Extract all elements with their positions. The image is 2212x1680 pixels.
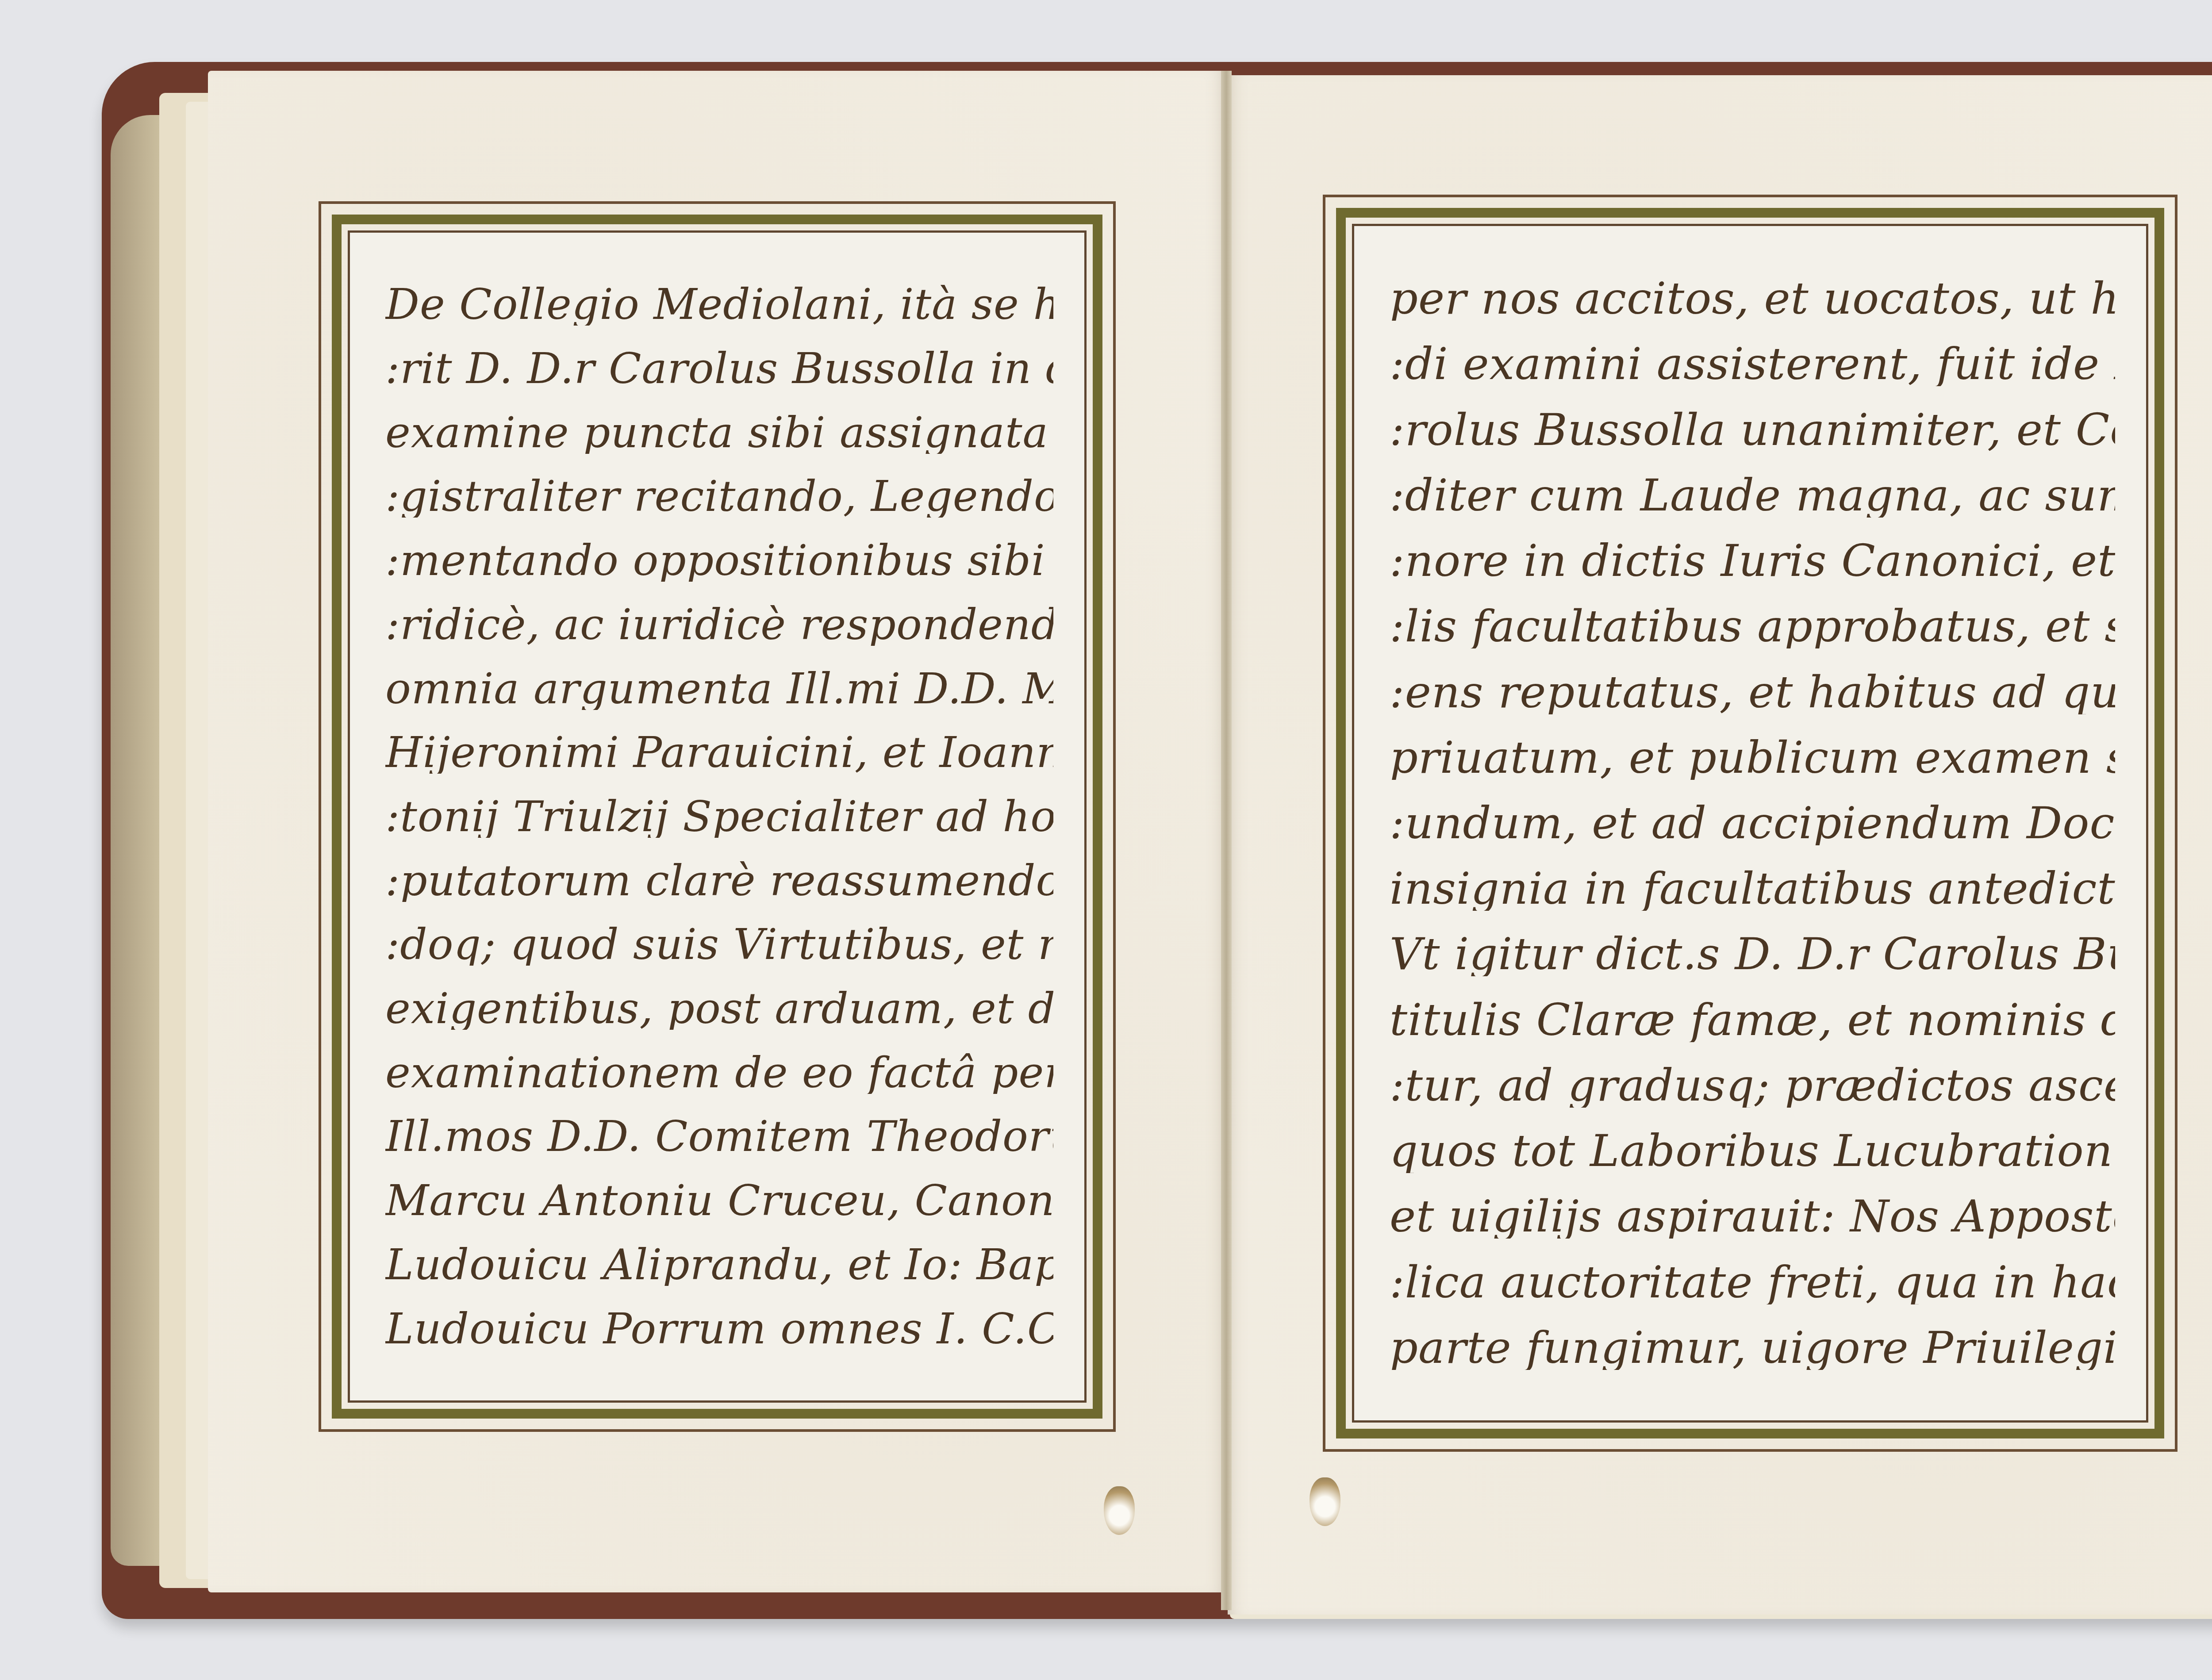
manuscript-line: insignia in facultatibus antedictis.	[1390, 867, 2115, 911]
manuscript-line: et uigilijs aspirauit: Nos Apposto:	[1390, 1194, 2115, 1239]
manuscript-line: per nos accitos, et uocatos, ut huiusmo:	[1390, 276, 2115, 321]
manuscript-line: Marcu Antoniu Cruceu, Canonicum	[385, 1179, 1053, 1222]
manuscript-line: Ill.mos D.D. Comitem Theodoru Terzagu,	[385, 1115, 1053, 1158]
worm-hole-right	[1310, 1477, 1340, 1526]
manuscript-line: quos tot Laboribus Lucubrationibus	[1390, 1129, 2115, 1173]
manuscript-line: :undum, et ad accipiendum Doctoratus	[1390, 801, 2115, 845]
right-page-frame: per nos accitos, et uocatos, ut huiusmo:…	[1323, 195, 2177, 1452]
manuscript-line: Vt igitur dict.s D. D.r Carolus Bussolla	[1390, 932, 2115, 976]
left-frame-inner-rule: De Collegio Mediolani, ità se habue: :ri…	[348, 230, 1087, 1403]
manuscript-line: :tonij Triulzij Specialiter ad hoc De:	[385, 795, 1053, 838]
manuscript-line: :lis facultatibus approbatus, et suffici…	[1390, 604, 2115, 648]
manuscript-line: :tur, ad gradusq; prædictos ascendat, ad	[1390, 1063, 2115, 1108]
right-page-text: per nos accitos, et uocatos, ut huiusmo:…	[1390, 257, 2115, 1389]
manuscript-line: :diter cum Laude magna, ac summo ho:	[1390, 473, 2115, 518]
manuscript-line: examine puncta sibi assignata Ma:	[385, 411, 1053, 454]
manuscript-line: :ens reputatus, et habitus ad quodcunq;	[1390, 670, 2115, 714]
manuscript-line: :rit D. D.r Carolus Bussolla in dicto	[385, 347, 1053, 390]
manuscript-line: :doq; quod suis Virtutibus, et meritis	[385, 923, 1053, 966]
manuscript-line: :lica auctoritate freti, qua in hac	[1390, 1260, 2115, 1304]
manuscript-line: :putatorum clarè reassumendo Soluen:	[385, 859, 1053, 902]
manuscript-line: :di examini assisterent, fuit ide D. D.r…	[1390, 342, 2115, 386]
manuscript-line: Hijeronimi Parauicini, et Ioannis An:	[385, 731, 1053, 774]
manuscript-line: De Collegio Mediolani, ità se habue:	[385, 283, 1053, 326]
manuscript-line: parte fungimur, uigore Priuilegiorû	[1390, 1326, 2115, 1370]
manuscript-line: titulis Claræ famæ, et nominis decore:	[1390, 998, 2115, 1042]
manuscript-line: Ludouicu Aliprandu, et Io: Baptam	[385, 1243, 1053, 1286]
left-page-frame: De Collegio Mediolani, ità se habue: :ri…	[319, 201, 1116, 1432]
worm-hole-left	[1104, 1486, 1135, 1535]
manuscript-line: Ludouicu Porrum omnes I. C.C. M.ni	[385, 1308, 1053, 1350]
manuscript-line: :ridicè, ac iuridicè respondendo, ac bre…	[385, 603, 1053, 646]
manuscript-line: :nore in dictis Iuris Canonici, et Ciui:	[1390, 539, 2115, 583]
manuscript-line: omnia argumenta Ill.mi D.D. Marchionis	[385, 667, 1053, 710]
manuscript-line: :rolus Bussolla unanimiter, et Concor:	[1390, 408, 2115, 452]
book-gutter	[1221, 71, 1232, 1610]
manuscript-line: :mentando oppositionibus sibi factis ue:	[385, 539, 1053, 582]
left-page-text: De Collegio Mediolani, ità se habue: :ri…	[385, 264, 1053, 1369]
manuscript-line: exigentibus, post arduam, et diligente	[385, 987, 1053, 1030]
right-frame-inner-rule: per nos accitos, et uocatos, ut huiusmo:…	[1352, 224, 2148, 1423]
manuscript-line: priuatum, et publicum examen sube:	[1390, 736, 2115, 780]
manuscript-line: :gistraliter recitando, Legendo, argu:	[385, 475, 1053, 518]
manuscript-line: examinationem de eo factâ per nos, et	[385, 1051, 1053, 1094]
